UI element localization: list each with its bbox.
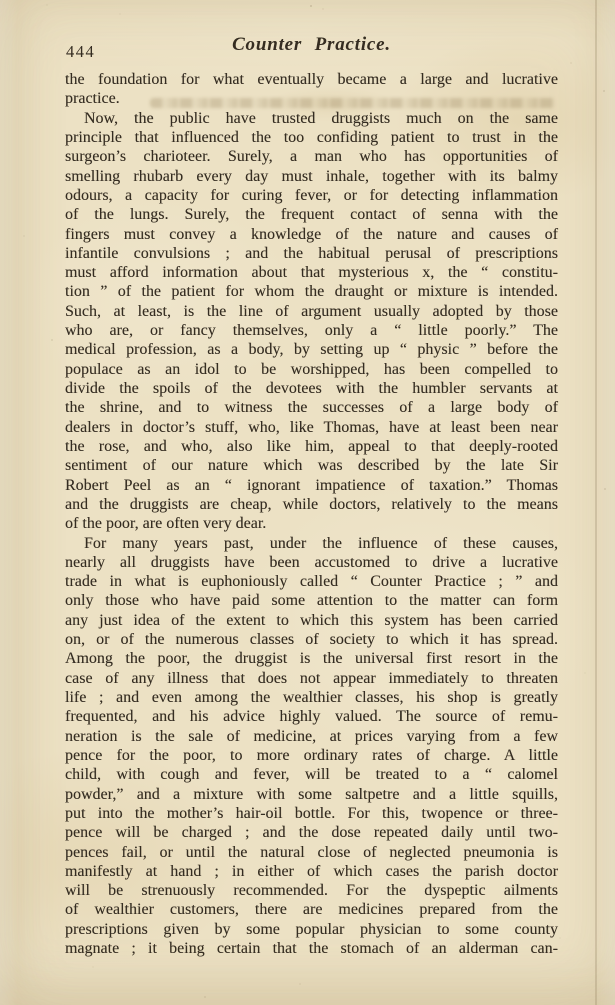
text-line: life ; and even among the wealthier clas… — [65, 688, 558, 707]
page-edge-left-highlight — [0, 0, 18, 1005]
text-line: prescriptions given by some popular phys… — [65, 920, 558, 939]
text-line: and the druggists are cheap, while docto… — [65, 495, 558, 514]
text-line: tion ” of the patient for whom the draug… — [65, 282, 558, 301]
text-line: surgeon’s charioteer. Surely, a man who … — [65, 147, 558, 166]
text-line: child, with cough and fever, will be tre… — [65, 765, 558, 784]
text-line: only those who have paid some attention … — [65, 591, 558, 610]
text-line: Such, at least, is the line of argument … — [65, 302, 558, 321]
text-line: of the poor, are often very dear. — [65, 514, 558, 533]
text-line: the shrine, and to witness the successes… — [65, 398, 558, 417]
running-title: Counter Practice. — [65, 34, 558, 56]
text-line: Now, the public have trusted druggists m… — [65, 109, 558, 128]
text-line: powder,” and a mixture with some saltpet… — [65, 785, 558, 804]
text-line: trade in what is euphoniously called “ C… — [65, 572, 558, 591]
text-line: neration is the sale of medicine, at pri… — [65, 727, 558, 746]
text-line: of the lungs. Surely, the frequent conta… — [65, 205, 558, 224]
text-line: pence will be charged ; and the dose rep… — [65, 823, 558, 842]
page-edge-right-shadow — [595, 0, 615, 1005]
text-line: must afford information about that myste… — [65, 263, 558, 282]
text-line: Robert Peel as an “ ignorant impatience … — [65, 476, 558, 495]
text-line: case of any illness that does not appear… — [65, 669, 558, 688]
text-line: the foundation for what eventually becam… — [65, 70, 558, 89]
text-line: will be strenuously recommended. For the… — [65, 881, 558, 900]
page-header: 444 Counter Practice. — [65, 0, 558, 64]
text-line: dealers in doctor’s stuff, who, like Tho… — [65, 418, 558, 437]
text-line: odours, a capacity for curing fever, or … — [65, 186, 558, 205]
text-line: of wealthier customers, there are medici… — [65, 900, 558, 919]
page-body: the foundation for what eventually becam… — [65, 70, 558, 958]
book-page: 444 Counter Practice. the foundation for… — [0, 0, 615, 1005]
text-line: sentiment of our nature which was descri… — [65, 456, 558, 475]
text-line: smelling rhubarb every day must inhale, … — [65, 167, 558, 186]
text-line: manifestly at hand ; in either of which … — [65, 862, 558, 881]
text-line: magnate ; it being certain that the stom… — [65, 939, 558, 958]
text-line: infantile convulsions ; and the habitual… — [65, 244, 558, 263]
text-line: frequented, and his advice highly valued… — [65, 707, 558, 726]
text-line: pences fail, or until the natural close … — [65, 843, 558, 862]
text-line: populace as an idol to be worshipped, ha… — [65, 360, 558, 379]
text-line: fingers must convey a knowledge of the n… — [65, 225, 558, 244]
text-line: divide the spoils of the devotees with t… — [65, 379, 558, 398]
text-line: put into the mother’s hair-oil bottle. F… — [65, 804, 558, 823]
text-line: medical profession, as a body, by settin… — [65, 340, 558, 359]
text-line: nearly all druggists have been accustome… — [65, 553, 558, 572]
text-line: on, or of the numerous classes of societ… — [65, 630, 558, 649]
text-line: Among the poor, the druggist is the univ… — [65, 649, 558, 668]
text-line: any just idea of the extent to which thi… — [65, 611, 558, 630]
text-line: pence for the poor, to more ordinary rat… — [65, 746, 558, 765]
text-line: For many years past, under the influence… — [65, 534, 558, 553]
text-line: who are, or fancy themselves, only a “ l… — [65, 321, 558, 340]
text-line: the rose, and who, also like him, appeal… — [65, 437, 558, 456]
text-line: principle that influenced the too confid… — [65, 128, 558, 147]
text-line: practice. — [65, 89, 558, 108]
